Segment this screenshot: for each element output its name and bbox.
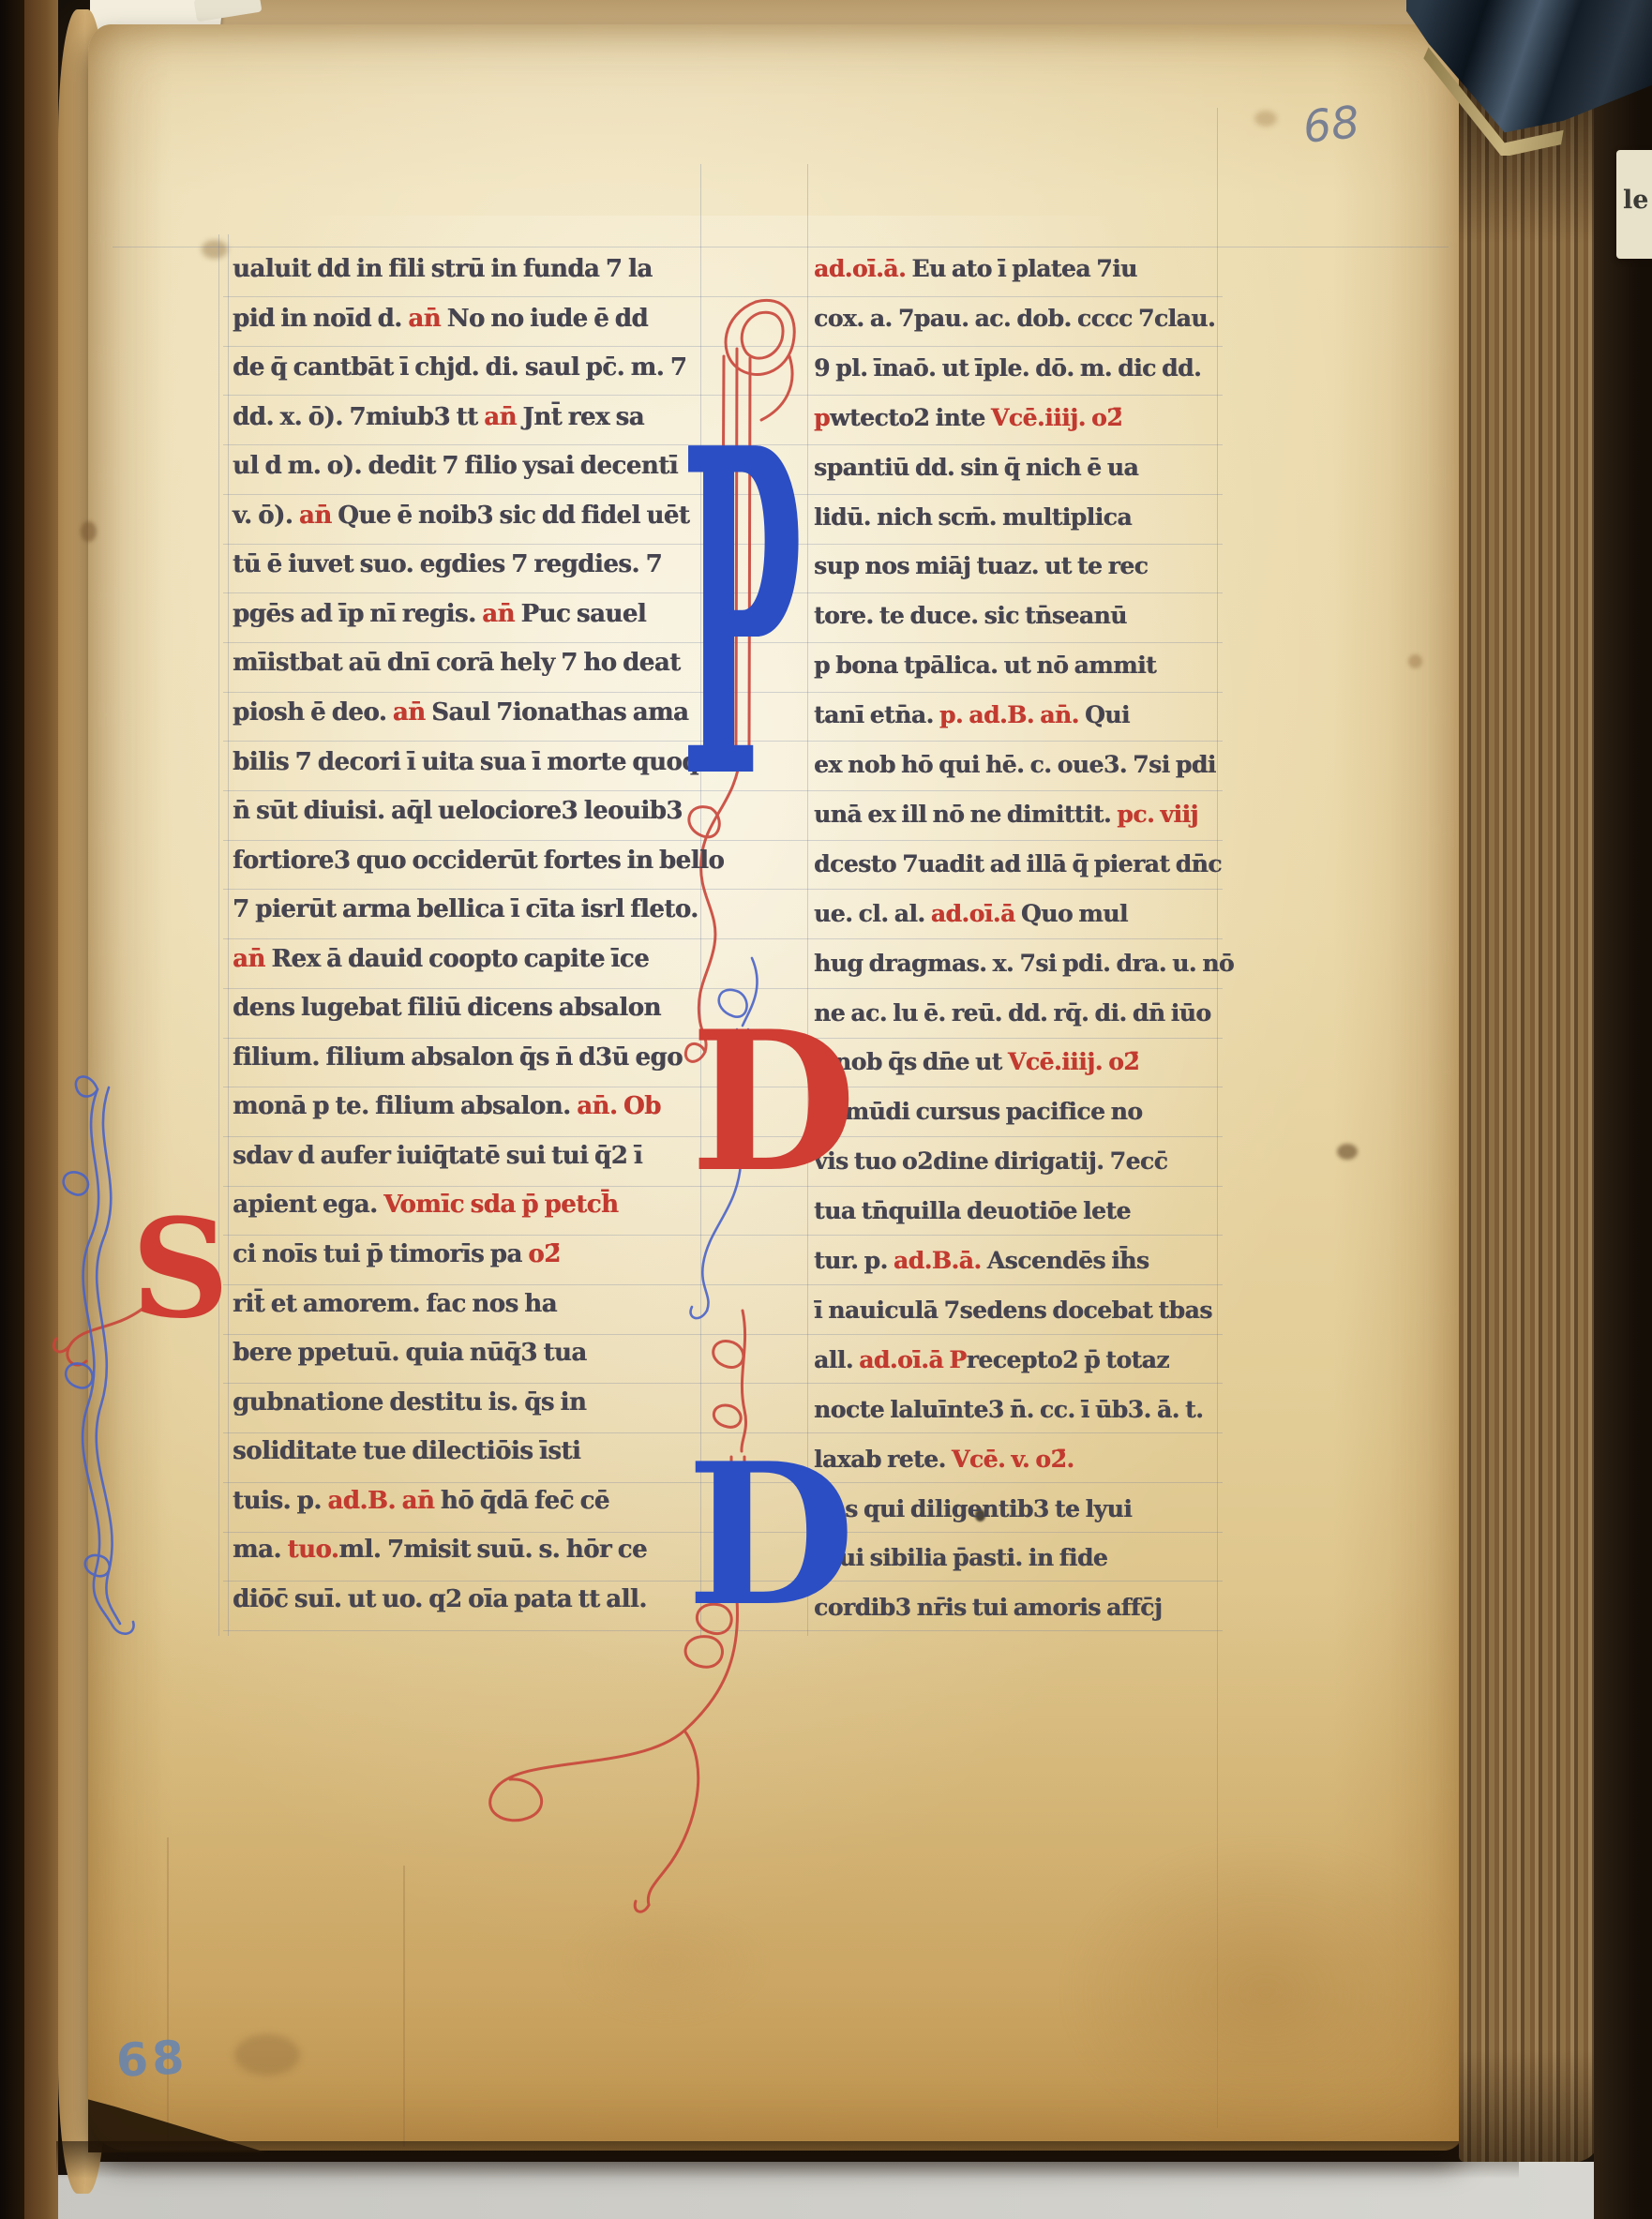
text-line: dens lugebat filiū dicens absalon bbox=[233, 994, 661, 1022]
ruling-line-horizontal bbox=[223, 346, 1223, 347]
text-line: sup nos miāj tuaz. ut te rec bbox=[814, 552, 1148, 579]
ink-text: wtecto2 inte bbox=[830, 404, 991, 431]
text-line: mīistbat aū dnī corā hely 7 ho deat bbox=[233, 649, 681, 677]
ruling-line-horizontal bbox=[113, 247, 1449, 247]
ruling-line-horizontal bbox=[223, 1235, 1223, 1236]
text-line: ci noīs tui p̄ timorīs pa o2̄ bbox=[233, 1240, 561, 1268]
stain bbox=[234, 2034, 300, 2076]
rubric-text: Vomīc sda p̄ petch̄ bbox=[383, 1191, 618, 1219]
ink-text: tuis. p. bbox=[233, 1487, 327, 1515]
text-line: rit̄ et amorem. fac nos ha bbox=[233, 1290, 557, 1318]
text-line: ne ac. lu ē. reū. dd. rq̄. di. dn̄ iūo bbox=[814, 999, 1211, 1027]
ink-text: de q̄ cantbāt ī chjd. di. saul pc̄. m. 7 bbox=[233, 353, 686, 382]
text-line: 7 pierūt arma bellica ī cīta isrl fleto. bbox=[233, 895, 698, 923]
illuminated-initial-D-blue: D bbox=[686, 1438, 855, 1633]
text-line: lidū. nich scm̄. multiplica bbox=[814, 503, 1132, 531]
ruling-line-horizontal bbox=[223, 1334, 1223, 1335]
ink-text: Qui bbox=[1085, 701, 1130, 728]
ink-text: tua tn̄quilla deuotiōe lete bbox=[814, 1197, 1131, 1224]
rubric-text: an̄ bbox=[299, 502, 338, 530]
text-line: apient ega. Vomīc sda p̄ petch̄ bbox=[233, 1191, 618, 1219]
text-line: pwtecto2 inte Vcē.iiij. o2̄ bbox=[814, 404, 1122, 431]
text-line: bilis 7 decori ī uita sua ī morte quoq3 bbox=[233, 748, 715, 776]
rubric-text: ad.oī.ā. bbox=[814, 255, 911, 282]
text-line: eus qui diligentib3 te lyui bbox=[814, 1495, 1132, 1522]
text-line: vis tuo o2dine dirigatij. 7ecc̄ bbox=[814, 1147, 1167, 1175]
ruling-line-horizontal bbox=[223, 1284, 1223, 1285]
text-line: inui sibilia p̄asti. in fide bbox=[814, 1544, 1107, 1571]
text-line: ue. cl. al. ad.oī.ā Quo mul bbox=[814, 900, 1128, 927]
ink-text: monā p te. filium absalon. bbox=[233, 1092, 577, 1120]
index-tab-label: le bbox=[1623, 186, 1648, 215]
text-line: gubnatione destitu is. q̄s in bbox=[233, 1388, 586, 1417]
ink-text: pid in noīd d. bbox=[233, 305, 408, 333]
ink-text: mīistbat aū dnī corā hely 7 ho deat bbox=[233, 649, 681, 677]
text-line: pid in noīd d. an̄ No no iude ē dd bbox=[233, 305, 648, 333]
text-line: ma. tuo.ml. 7misit suū. s. hōr ce bbox=[233, 1536, 647, 1564]
ink-text: Que ē noib3 sic dd fidel uēt bbox=[338, 502, 689, 530]
ink-text: gubnatione destitu is. q̄s in bbox=[233, 1388, 586, 1417]
ink-text: No no iude ē dd bbox=[447, 305, 648, 333]
stain bbox=[1254, 111, 1277, 127]
rubric-text: an̄. Ob bbox=[577, 1092, 661, 1120]
text-line: tua tn̄quilla deuotiōe lete bbox=[814, 1197, 1131, 1224]
ruling-line-horizontal bbox=[223, 889, 1223, 890]
ruling-line-vertical bbox=[807, 164, 808, 1636]
rubric-text: Vcē.iiij. o2̄ bbox=[991, 404, 1122, 431]
ink-text: dens lugebat filiū dicens absalon bbox=[233, 994, 661, 1022]
text-line: spantiū dd. sin q̄ nich ē ua bbox=[814, 454, 1138, 481]
text-line: sdav d aufer iuiq̄tatē sui tui q̄2 ī bbox=[233, 1142, 642, 1170]
parchment-crease bbox=[167, 1837, 169, 2147]
ink-text: Ascendēs ih̄s bbox=[987, 1247, 1149, 1274]
ink-text: ue. cl. al. bbox=[814, 900, 931, 927]
book-fore-edge bbox=[1459, 75, 1599, 2162]
manuscript-photo: ualuit dd in fili strū in funda 7 lapid … bbox=[0, 0, 1652, 2219]
book-spine-edge bbox=[24, 0, 58, 2219]
ink-text: 9 pl. īnaō. ut īple. dō. m. dic dd. bbox=[814, 354, 1201, 382]
text-line: ualuit dd in fili strū in funda 7 la bbox=[233, 255, 653, 283]
illuminated-initial-S: S bbox=[131, 1202, 230, 1338]
text-line: et mūdi cursus pacifice no bbox=[814, 1098, 1142, 1125]
ink-text: 7 pierūt arma bellica ī cīta isrl fleto. bbox=[233, 895, 698, 923]
ink-text: v. ō). bbox=[233, 502, 299, 530]
ink-text: tanī etn̄a. bbox=[814, 701, 939, 728]
ink-text: apient ega. bbox=[233, 1191, 383, 1219]
text-line: tū ē iuvet suo. egdies 7 regdies. 7 bbox=[233, 550, 662, 578]
ink-text: bilis 7 decori ī uita sua ī morte quoq3 bbox=[233, 748, 715, 776]
text-line: ad.oī.ā. Eu ato ī platea 7iu bbox=[814, 255, 1137, 282]
ink-text: ī nauiculā 7sedens docebat tbas bbox=[814, 1297, 1212, 1324]
text-line: tuis. p. ad.B. an̄ hō q̄dā fec̄ cē bbox=[233, 1487, 609, 1515]
ink-text: bere ppetuū. quia nūq̄3 tua bbox=[233, 1339, 587, 1367]
text-line: ī nauiculā 7sedens docebat tbas bbox=[814, 1297, 1212, 1324]
ink-text: ma. bbox=[233, 1536, 287, 1564]
stain-large bbox=[1059, 1837, 1472, 2147]
text-line: filium. filium absalon q̄s n̄ d3ū ego bbox=[233, 1043, 683, 1072]
text-line: piosh ē deo. an̄ Saul 7ionathas ama bbox=[233, 698, 688, 727]
ink-text: hō q̄dā fec̄ cē bbox=[441, 1487, 609, 1515]
rubric-text: Vcē. v. o2̄. bbox=[952, 1446, 1074, 1473]
rubric-text: Vcē.iiij. o2̄ bbox=[1008, 1048, 1139, 1075]
ink-text: ualuit dd in fili strū in funda 7 la bbox=[233, 255, 653, 283]
ink-text: sup nos miāj tuaz. ut te rec bbox=[814, 552, 1148, 579]
text-line: ul d m. o). dedit 7 filio ysai decentī bbox=[233, 452, 678, 480]
rubric-text: ad.B. an̄ bbox=[327, 1487, 440, 1515]
folio-number-pencil: 68 bbox=[1300, 97, 1361, 154]
text-line: fortiore3 quo occiderūt fortes in bello bbox=[233, 847, 724, 875]
ink-text: lidū. nich scm̄. multiplica bbox=[814, 503, 1132, 531]
ink-text: spantiū dd. sin q̄ nich ē ua bbox=[814, 454, 1138, 481]
text-line: dcesto 7uadit ad illā q̄ pierat dn̄c bbox=[814, 850, 1222, 877]
text-line: cox. a. 7pau. ac. dob. cccc 7clau. bbox=[814, 305, 1215, 332]
rubric-text: ad.oī.ā bbox=[931, 900, 1021, 927]
text-line: hug dragmas. x. 7si pdi. dra. u. nō bbox=[814, 950, 1234, 977]
text-line: n̄ sūt diuisi. aq̄l uelociore3 leouib3 bbox=[233, 797, 683, 825]
text-line: all. ad.oī.ā Precepto2 p̄ totaz bbox=[814, 1346, 1169, 1373]
ink-text: et mūdi cursus pacifice no bbox=[814, 1098, 1142, 1125]
text-line: tore. te duce. sic tn̄seanū bbox=[814, 602, 1127, 629]
ink-text: Rex ā dauid coopto capite īce bbox=[271, 945, 649, 973]
stain bbox=[81, 521, 97, 542]
ink-text: tur. p. bbox=[814, 1247, 894, 1274]
text-line: p bona tpālica. ut nō ammit bbox=[814, 652, 1156, 679]
ink-text: cordib3 nr̄is tui amoris affc̄j bbox=[814, 1594, 1162, 1621]
ink-text: piosh ē deo. bbox=[233, 698, 393, 727]
ink-text: diōc̄ suī. ut uo. q2 oīa pata tt all. bbox=[233, 1585, 647, 1613]
text-line: tanī etn̄a. p. ad.B. an̄. Qui bbox=[814, 701, 1130, 728]
ink-text: vis tuo o2dine dirigatij. 7ecc̄ bbox=[814, 1147, 1167, 1175]
parchment-crease bbox=[403, 1866, 405, 2147]
rubric-text: ad.B.ā. bbox=[894, 1247, 987, 1274]
text-line: cordib3 nr̄is tui amoris affc̄j bbox=[814, 1594, 1162, 1621]
ink-text: ex nob hō qui hē. c. oue3. 7si pdi bbox=[814, 751, 1216, 778]
ink-text: Jnt̄ rex sa bbox=[522, 403, 644, 431]
rubric-text: p bbox=[814, 404, 830, 431]
rubric-text: p. ad.B. an̄. bbox=[939, 701, 1085, 728]
stain bbox=[563, 1903, 769, 2025]
ink-text: cox. a. 7pau. ac. dob. cccc 7clau. bbox=[814, 305, 1215, 332]
index-tab: le bbox=[1616, 150, 1652, 259]
text-line: a nob q̄s dn̄e ut Vcē.iiij. o2̄ bbox=[814, 1048, 1139, 1075]
ink-text: ul d m. o). dedit 7 filio ysai decentī bbox=[233, 452, 678, 480]
ink-text: sdav d aufer iuiq̄tatē sui tui q̄2 ī bbox=[233, 1142, 642, 1170]
ink-text: Saul 7ionathas ama bbox=[431, 698, 688, 727]
ink-text: tore. te duce. sic tn̄seanū bbox=[814, 602, 1127, 629]
fore-edge-shadow bbox=[1594, 0, 1652, 2219]
text-line: soliditate tue dilectiōis īsti bbox=[233, 1437, 580, 1465]
rubric-text: an̄ bbox=[408, 305, 446, 333]
rubric-text: an̄ bbox=[393, 698, 431, 727]
ruling-line-vertical bbox=[1217, 108, 1218, 2128]
ink-text: ml. 7misit suū. s. hōr ce bbox=[338, 1536, 647, 1564]
rubric-text: ad.oī.ā bbox=[859, 1346, 949, 1373]
rubric-text: an̄ bbox=[482, 600, 520, 628]
text-line: bere ppetuū. quia nūq̄3 tua bbox=[233, 1339, 587, 1367]
ruling-line-horizontal bbox=[223, 938, 1223, 939]
ink-text: dcesto 7uadit ad illā q̄ pierat dn̄c bbox=[814, 850, 1222, 877]
stain bbox=[1408, 654, 1422, 668]
rubric-text: tuo. bbox=[287, 1536, 338, 1564]
ink-text: nob q̄s dn̄e ut bbox=[834, 1048, 1008, 1075]
ink-text: us qui diligentib3 te lyui bbox=[828, 1495, 1132, 1522]
ink-text: unā ex ill nō ne dimittit. bbox=[814, 801, 1117, 828]
text-line: tur. p. ad.B.ā. Ascendēs ih̄s bbox=[814, 1247, 1149, 1274]
ruling-line-horizontal bbox=[223, 1383, 1223, 1384]
rubric-text: an̄ bbox=[484, 403, 522, 431]
ink-text: recepto2 p̄ totaz bbox=[967, 1346, 1169, 1373]
text-line: 9 pl. īnaō. ut īple. dō. m. dic dd. bbox=[814, 354, 1201, 382]
text-line: de q̄ cantbāt ī chjd. di. saul pc̄. m. 7 bbox=[233, 353, 686, 382]
ink-text: Quo mul bbox=[1021, 900, 1128, 927]
stain bbox=[1337, 1144, 1358, 1160]
text-line: an̄ Rex ā dauid coopto capite īce bbox=[233, 945, 649, 973]
ink-text: tū ē iuvet suo. egdies 7 regdies. 7 bbox=[233, 550, 662, 578]
stain bbox=[202, 240, 228, 259]
ink-text: soliditate tue dilectiōis īsti bbox=[233, 1437, 580, 1465]
text-line: nocte laluīnte3 n̄. cc. ī ūb3. ā. t. bbox=[814, 1396, 1203, 1423]
ink-text: nocte laluīnte3 n̄. cc. ī ūb3. ā. t. bbox=[814, 1396, 1203, 1423]
ink-text: hug dragmas. x. 7si pdi. dra. u. nō bbox=[814, 950, 1234, 977]
ink-text: pgēs ad īp nī regis. bbox=[233, 600, 482, 628]
ink-text: Eu ato ī platea 7iu bbox=[911, 255, 1136, 282]
illuminated-initial-P: P bbox=[681, 392, 802, 839]
rubric-text: pc. viij bbox=[1117, 801, 1198, 828]
text-line: monā p te. filium absalon. an̄. Ob bbox=[233, 1092, 661, 1120]
ink-text: inui sibilia p̄asti. in fide bbox=[814, 1544, 1107, 1571]
ink-text: ne ac. lu ē. reū. dd. rq̄. di. dn̄ iūo bbox=[814, 999, 1211, 1027]
ink-text: filium. filium absalon q̄s n̄ d3ū ego bbox=[233, 1043, 683, 1072]
text-line: ex nob hō qui hē. c. oue3. 7si pdi bbox=[814, 751, 1216, 778]
folio-number-stamp: 68 bbox=[115, 2031, 189, 2088]
text-line: diōc̄ suī. ut uo. q2 oīa pata tt all. bbox=[233, 1585, 647, 1613]
book-spine bbox=[0, 0, 24, 2219]
ink-text: rit̄ et amorem. fac nos ha bbox=[233, 1290, 557, 1318]
text-line: unā ex ill nō ne dimittit. pc. viij bbox=[814, 801, 1198, 828]
ink-text: Puc sauel bbox=[520, 600, 646, 628]
text-line: dd. x. ō). 7miub3 tt an̄ Jnt̄ rex sa bbox=[233, 403, 644, 431]
ink-text: fortiore3 quo occiderūt fortes in bello bbox=[233, 847, 724, 875]
text-line: pgēs ad īp nī regis. an̄ Puc sauel bbox=[233, 600, 646, 628]
rubric-text: an̄ bbox=[233, 945, 271, 973]
ink-text: n̄ sūt diuisi. aq̄l uelociore3 leouib3 bbox=[233, 797, 683, 825]
ink-text: ci noīs tui p̄ timorīs pa bbox=[233, 1240, 528, 1268]
text-line: v. ō). an̄ Que ē noib3 sic dd fidel uēt bbox=[233, 502, 689, 530]
ruling-line-horizontal bbox=[223, 296, 1223, 297]
ink-text: all. bbox=[814, 1346, 859, 1373]
ruling-line-horizontal bbox=[223, 988, 1223, 989]
ruling-line-vertical bbox=[218, 234, 219, 1636]
ink-text: dd. x. ō). 7miub3 tt bbox=[233, 403, 484, 431]
ruling-line-vertical bbox=[228, 234, 229, 1636]
ink-text: p bona tpālica. ut nō ammit bbox=[814, 652, 1156, 679]
page-bottom-shadow bbox=[56, 2141, 1519, 2179]
rubric-text: P bbox=[949, 1346, 966, 1373]
rubric-text: o2̄ bbox=[528, 1240, 560, 1268]
illuminated-initial-D-red: D bbox=[690, 1007, 857, 1199]
